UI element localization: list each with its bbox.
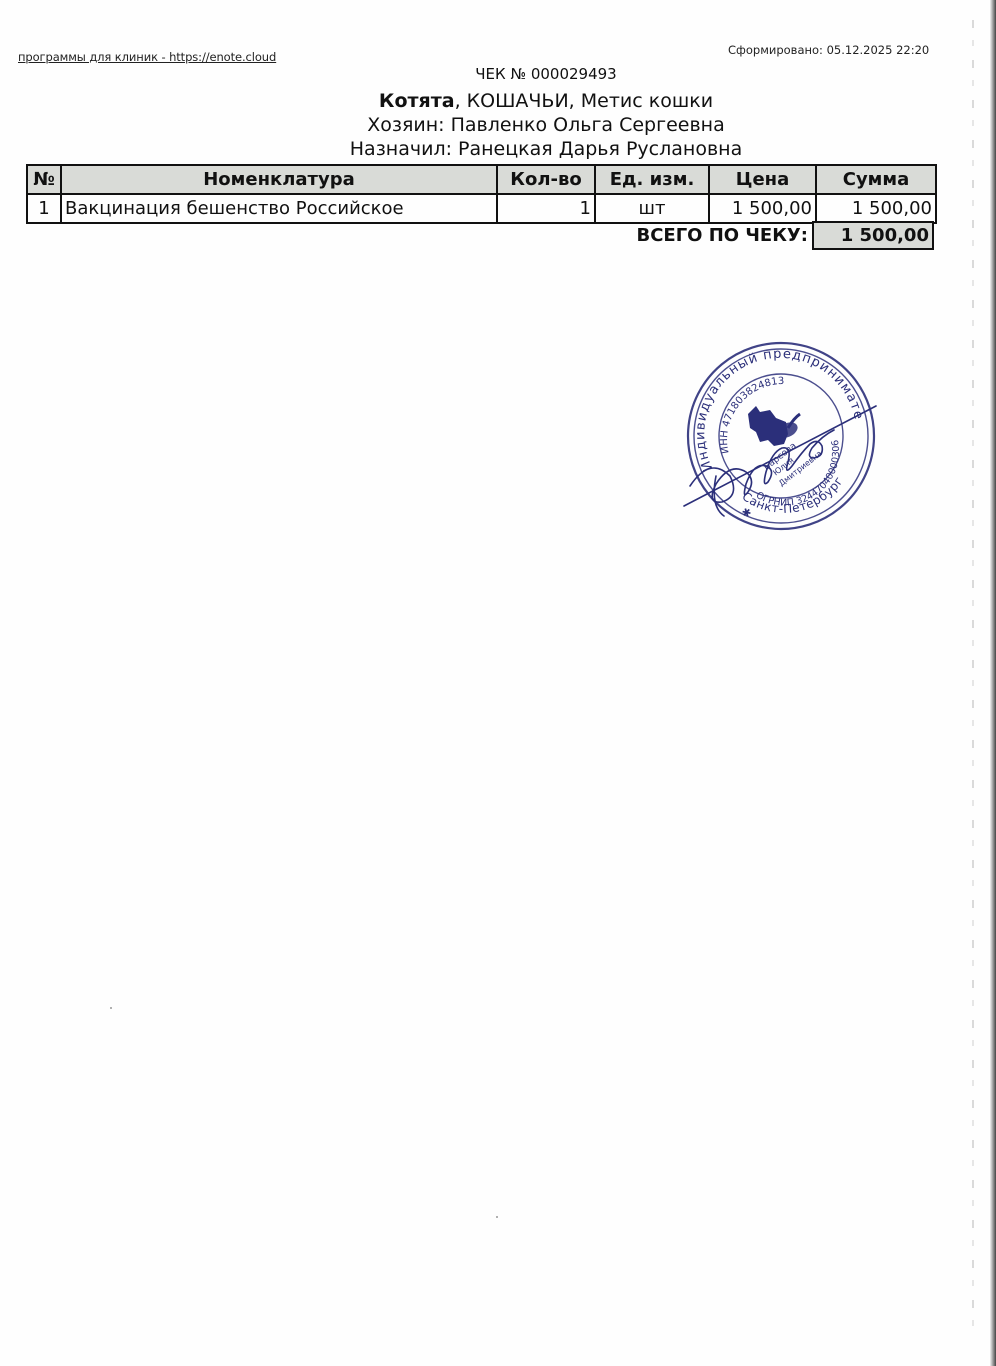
cat-dog-silhouette-icon <box>748 406 800 446</box>
scan-artifact <box>972 20 974 1340</box>
column-header-price: Цена <box>709 165 816 194</box>
row-sum: 1 500,00 <box>816 194 936 223</box>
patient-name: Котята <box>379 90 455 112</box>
scan-speck <box>496 1216 498 1218</box>
row-quantity: 1 <box>497 194 595 223</box>
page-edge-shadow <box>990 0 996 1366</box>
row-unit: шт <box>595 194 709 223</box>
column-header-unit: Ед. изм. <box>595 165 709 194</box>
patient-details: , КОШАЧЬИ, Метис кошки <box>455 90 714 112</box>
column-header-sum: Сумма <box>816 165 936 194</box>
company-stamp: Индивидуальный предприниматель Санкт-Пет… <box>676 336 886 536</box>
row-number: 1 <box>27 194 61 223</box>
owner-line: Хозяин: Павленко Ольга Сергеевна <box>0 113 996 137</box>
patient-line: Котята, КОШАЧЬИ, Метис кошки <box>0 89 996 113</box>
receipt-number: ЧЕК № 000029493 <box>0 65 996 83</box>
total-label: ВСЕГО ПО ЧЕКУ: <box>600 225 812 246</box>
column-header-quantity: Кол-во <box>497 165 595 194</box>
stamp-graphic: Индивидуальный предприниматель Санкт-Пет… <box>676 336 886 536</box>
column-header-nomenclature: Номенклатура <box>61 165 497 194</box>
items-table: № Номенклатура Кол-во Ед. изм. Цена Сумм… <box>26 164 937 224</box>
total-value: 1 500,00 <box>812 221 934 250</box>
prescribed-by-line: Назначил: Ранецкая Дарья Руслановна <box>0 137 996 161</box>
column-header-number: № <box>27 165 61 194</box>
enote-promo-link[interactable]: программы для клиник - https://enote.clo… <box>18 50 276 64</box>
table-row: 1 Вакцинация бешенство Российское 1 шт 1… <box>27 194 936 223</box>
total-row: ВСЕГО ПО ЧЕКУ: 1 500,00 <box>600 222 934 249</box>
row-name: Вакцинация бешенство Российское <box>61 194 497 223</box>
table-header-row: № Номенклатура Кол-во Ед. изм. Цена Сумм… <box>27 165 936 194</box>
row-price: 1 500,00 <box>709 194 816 223</box>
receipt-header: Котята, КОШАЧЬИ, Метис кошки Хозяин: Пав… <box>0 89 996 161</box>
generated-timestamp: Сформировано: 05.12.2025 22:20 <box>728 43 929 57</box>
scan-speck <box>110 1007 112 1009</box>
